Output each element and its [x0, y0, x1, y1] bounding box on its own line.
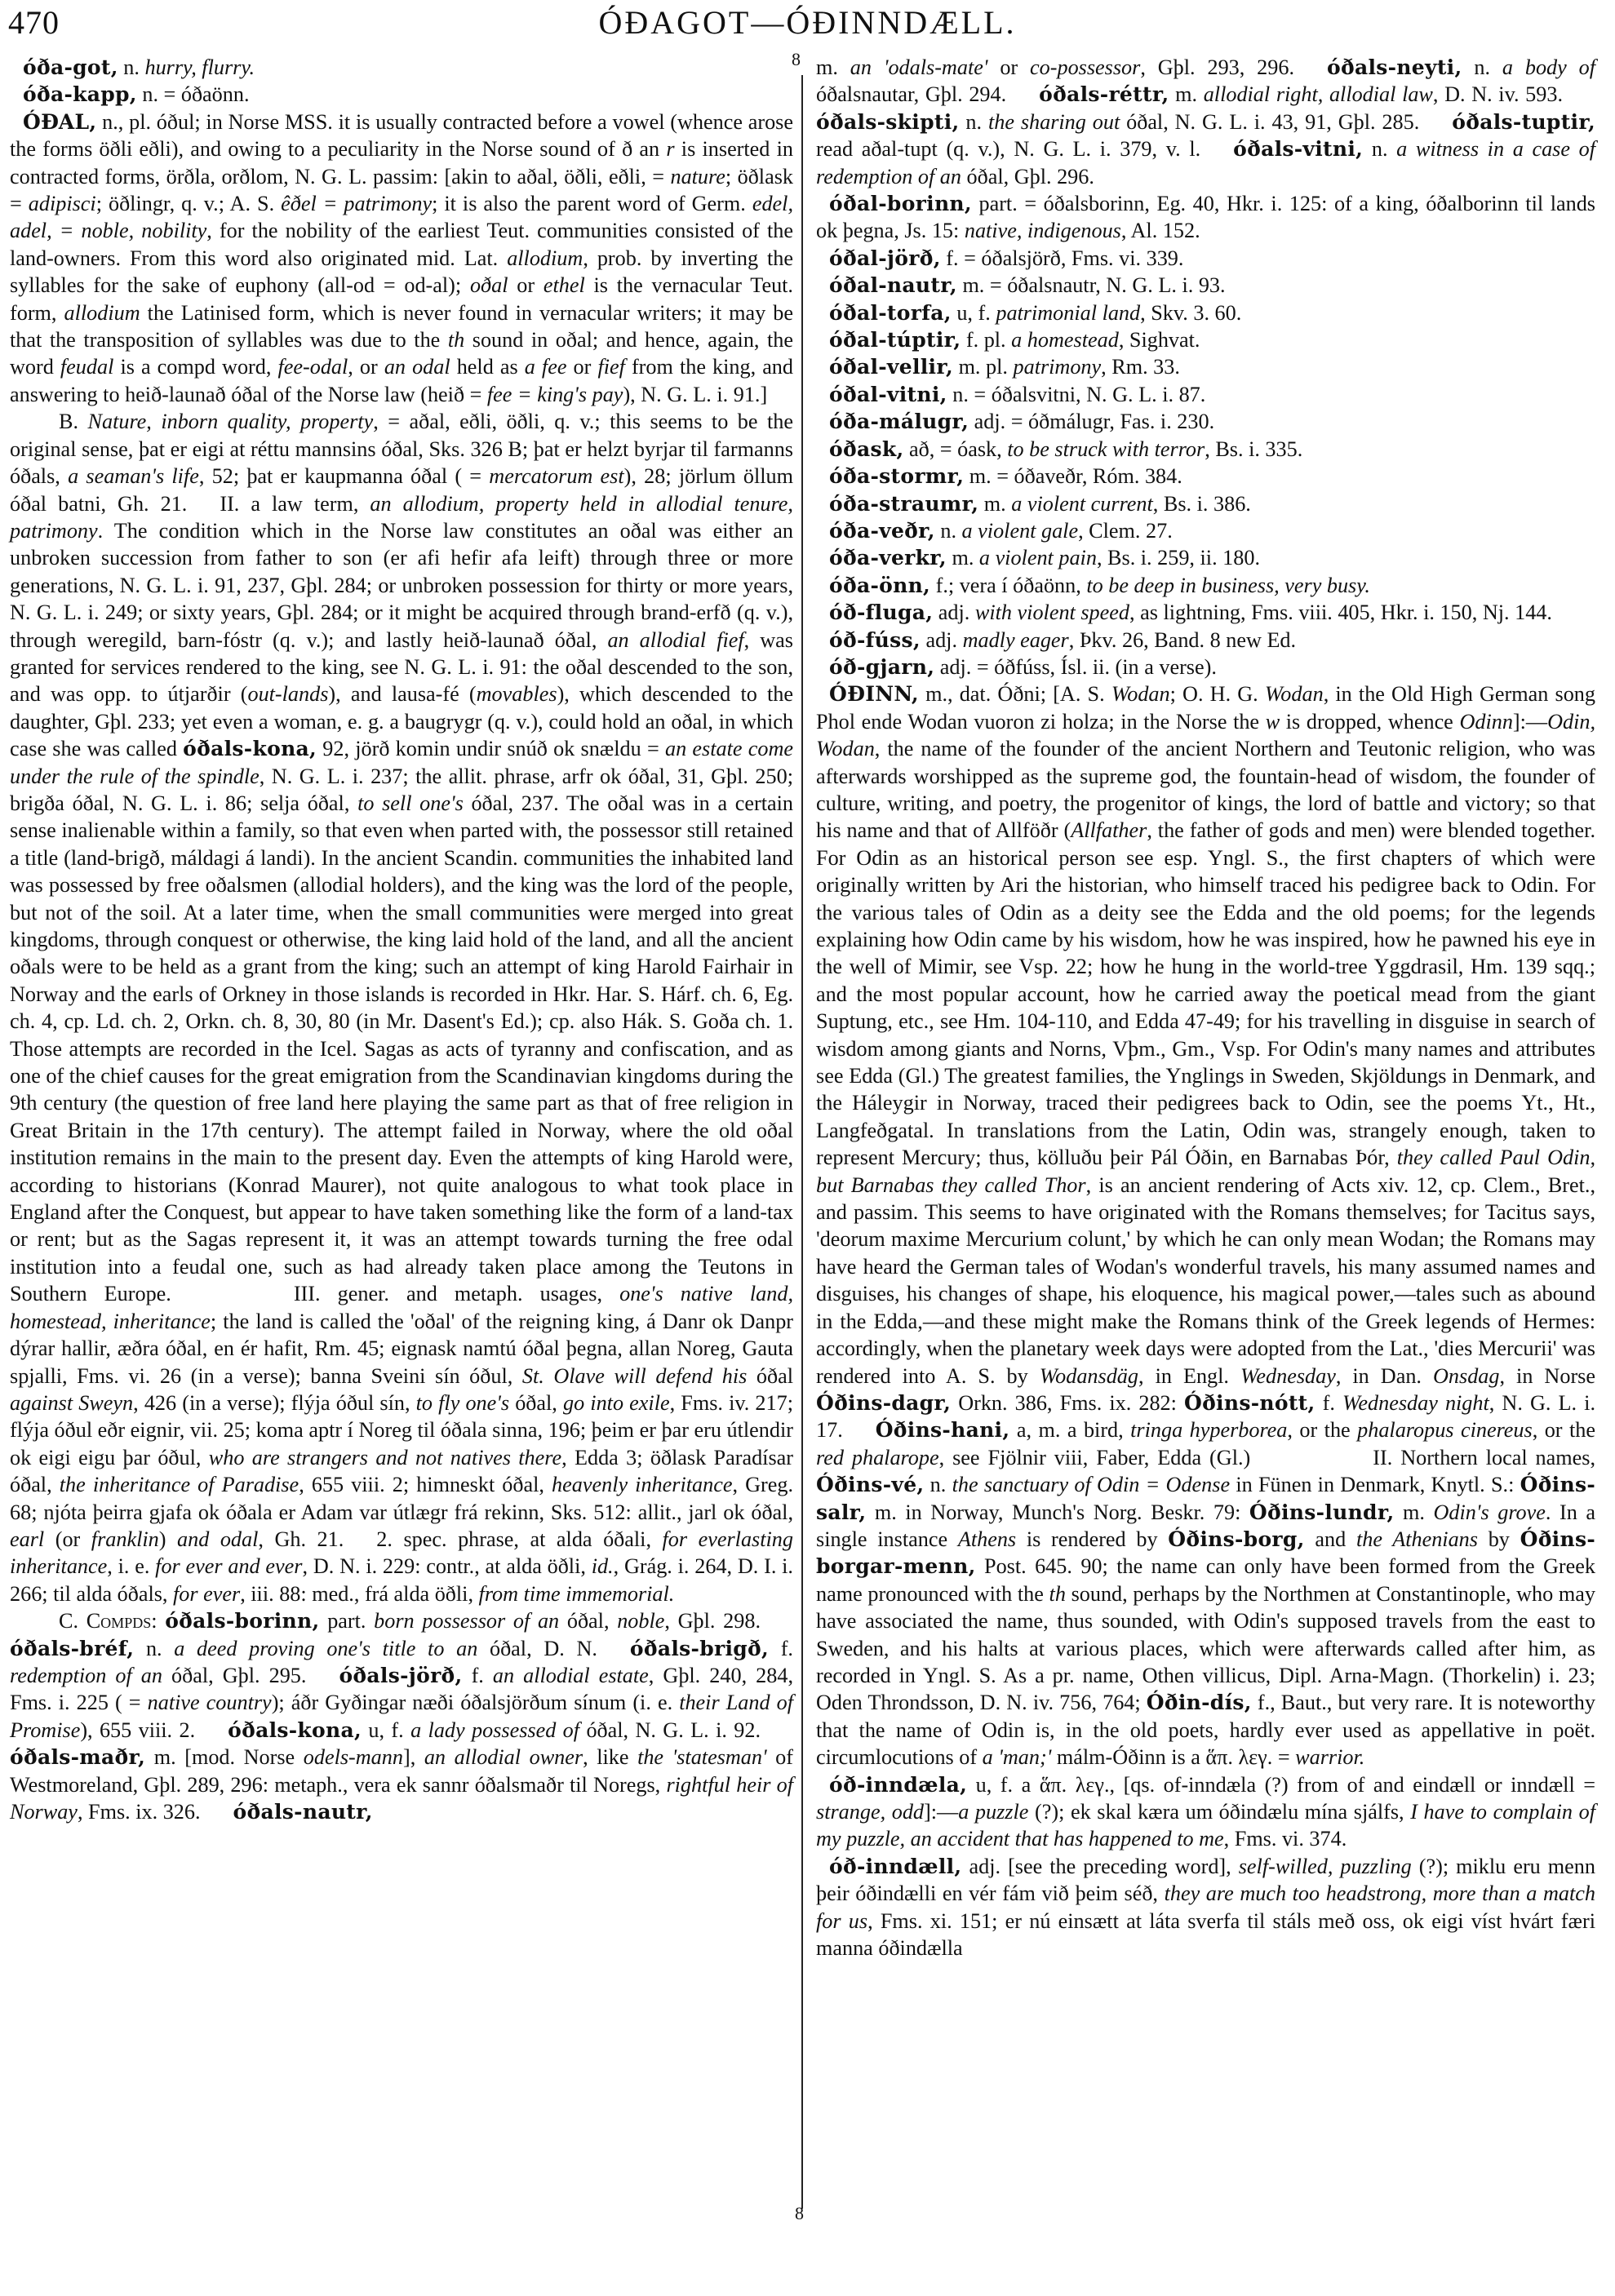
dictionary-entry: óð-inndæll, adj. [see the preceding word… [816, 1853, 1595, 1962]
dictionary-entry: m. an 'odals-mate' or co-possessor, Gþl.… [816, 54, 1595, 190]
headword: Óðins-lundr, [1249, 1500, 1395, 1524]
text: óðal, 237. The oðal was in a certain sen… [10, 791, 793, 1305]
gloss-italic: to be struck with terror [1007, 437, 1205, 461]
headword: óðals-jörð, [339, 1664, 462, 1687]
text: is rendered by [1016, 1527, 1168, 1551]
text: u, f. [952, 301, 996, 325]
gloss-italic: id. [592, 1554, 614, 1578]
headword: óða-kapp, [23, 82, 137, 106]
text: adj. [921, 628, 963, 652]
text: n. = óðalsvitni, N. G. L. i. 87. [947, 383, 1206, 406]
gloss-italic: th [1049, 1582, 1066, 1606]
gloss-italic: to be deep in business, very busy. [1086, 574, 1370, 597]
text: ), 655 viii. 2. [80, 1718, 195, 1742]
dictionary-entry: óðask, að, = óask, to be struck with ter… [816, 436, 1595, 463]
gloss-italic: r [666, 137, 674, 161]
dictionary-entry: óð-fluga, adj. with violent speed, as li… [816, 599, 1595, 626]
headword: óð-inndæla, [829, 1773, 967, 1797]
dictionary-entry: óða-málugr, adj. = óðmálugr, Fas. i. 230… [816, 408, 1595, 435]
dictionary-entry: óða-straumr, m. a violent current, Bs. i… [816, 490, 1595, 517]
gloss-italic: a violent pain [979, 546, 1097, 570]
small-caps: Compds [87, 1609, 152, 1633]
headword: óðals-tuptir, [1452, 110, 1595, 134]
text: , or the [1287, 1418, 1357, 1442]
text: óðal, [509, 1391, 563, 1415]
text: ; it is also the parent word of Germ. [432, 192, 752, 215]
gloss-italic: Wednesday [1240, 1364, 1336, 1388]
text: ) [159, 1527, 177, 1551]
text: , D. N. iv. 593. [1433, 82, 1563, 106]
text: að, = óask, [903, 437, 1007, 461]
gloss-italic: a deed proving one's title to an [174, 1637, 477, 1660]
gloss-italic: and odal [177, 1527, 258, 1551]
dictionary-entry: óð-gjarn, adj. = óðfúss, Ísl. ii. (in a … [816, 654, 1595, 680]
headword: óðal-jörð, [829, 246, 941, 270]
text: , 52; þat er kaupmanna óðal ( = [199, 464, 489, 488]
gloss-italic: Wodansdäg [1040, 1364, 1138, 1388]
running-head: ÓÐAGOT—ÓÐINNDÆLL. [0, 3, 1615, 42]
text: , Al. 152. [1121, 219, 1200, 242]
text: adj. = óðmálugr, Fas. i. 230. [969, 410, 1214, 433]
headword: óðal-nautr, [829, 273, 957, 297]
headword: óðals-kona, [183, 737, 317, 760]
gloss-italic: warrior. [1295, 1745, 1364, 1769]
text: , Bs. i. 335. [1205, 437, 1302, 461]
text: f. [463, 1664, 493, 1687]
text: óðal, D. N. [477, 1637, 597, 1660]
headword: óðals-borinn, [165, 1609, 319, 1633]
text: m. = óðaveðr, Róm. 384. [964, 464, 1182, 488]
headword: óðal-vitni, [829, 383, 947, 406]
headword: Óðins-hani, [876, 1418, 1010, 1442]
text: adj. [933, 601, 975, 624]
text: Orkn. 386, Fms. ix. 282: [951, 1391, 1184, 1415]
gloss-italic: madly eager [963, 628, 1069, 652]
text: ); áðr Gyðingar næði óðalsjörðum sínum (… [272, 1691, 680, 1714]
text: f. [769, 1637, 793, 1660]
gloss-italic: out-lands [247, 682, 328, 706]
gloss-italic: from time immemorial. [479, 1582, 675, 1606]
headword: óðal-túptir, [829, 328, 961, 352]
text: n. [924, 1473, 952, 1496]
gloss-italic: heavenly inheritance [552, 1473, 732, 1496]
gloss-italic: Onsdag [1433, 1364, 1499, 1388]
dictionary-entry: óðal-nautr, m. = óðalsnautr, N. G. L. i.… [816, 272, 1595, 299]
text: , iii. 88: med., frá alda öðli, [240, 1582, 478, 1606]
headword: óða-got, [23, 55, 118, 79]
text: a, m. a bird, [1009, 1418, 1130, 1442]
gloss-italic: a lady possessed of [410, 1718, 579, 1742]
gloss-italic: noble [617, 1609, 664, 1633]
text: , Fms. ix. 326. [78, 1800, 201, 1824]
text: m. [947, 546, 979, 570]
text: , in Norse [1499, 1364, 1595, 1388]
text: m. [816, 55, 850, 79]
headword: Óðins-dagr, [816, 1391, 951, 1415]
headword: óðal-torfa, [829, 301, 952, 325]
text: B. [59, 410, 88, 433]
headword: Óðins-vé, [816, 1473, 924, 1496]
gloss-italic: Wodan [1265, 682, 1324, 706]
gloss-italic: a seaman's life [68, 464, 199, 488]
text: n. [960, 110, 988, 134]
text: m. pl. [953, 355, 1013, 379]
gloss-italic: allodium [507, 246, 583, 270]
text: (?); ek skal kæra um óðindælu mína sjálf… [1028, 1800, 1410, 1824]
text: , Clem. 27. [1078, 519, 1173, 543]
gloss-italic: Wodan [1111, 682, 1170, 706]
text: , Fms. vi. 374. [1224, 1827, 1347, 1851]
text: óðal, N. G. L. i. 43, 91, Gþl. 285. [1120, 110, 1419, 134]
gloss-italic: for ever and ever [155, 1554, 302, 1578]
headword: óðals-nautr, [233, 1800, 373, 1824]
headword: óð-gjarn, [829, 655, 934, 679]
gloss-italic: phalaropus cinereus [1357, 1418, 1533, 1442]
gloss-italic: movables [477, 682, 557, 706]
text: málm-Óðinn is a ἅπ. λεγ. = [1051, 1745, 1295, 1769]
gloss-italic: an odal [384, 355, 450, 379]
text: óðal [747, 1364, 793, 1388]
headword: óða-málugr, [829, 410, 969, 433]
headword: óðals-bréf, [10, 1637, 134, 1660]
gloss-italic: a puzzle [958, 1800, 1028, 1824]
dictionary-entry: óða-kapp, n. = óðaönn. [10, 81, 793, 108]
text: , Bs. i. 259, ii. 180. [1097, 546, 1260, 570]
text: , 655 viii. 2; himneskt óðal, [299, 1473, 552, 1496]
gloss-italic: êðel = patrimony [281, 192, 432, 215]
text: is dropped, whence [1280, 710, 1459, 734]
text: , in Dan. [1336, 1364, 1433, 1388]
text: or [566, 355, 597, 379]
headword: óð-inndæll, [829, 1855, 961, 1878]
gloss-italic: co-possessor [1030, 55, 1140, 79]
gloss-italic: redemption of an [10, 1664, 162, 1687]
gloss-italic: the sanctuary of Odin = Odense [952, 1473, 1231, 1496]
text: is a compd word, [113, 355, 277, 379]
dictionary-entry: ÓÐINN, m., dat. Óðni; [A. S. Wodan; O. H… [816, 680, 1595, 1771]
headword: óðals-vitni, [1233, 137, 1363, 161]
text: n. [1462, 55, 1502, 79]
text: part. [319, 1609, 374, 1633]
column-rule [801, 75, 803, 2209]
text: f. = óðalsjörð, Fms. vi. 339. [941, 246, 1184, 270]
headword: óð-fúss, [829, 628, 921, 652]
headword: óðals-neyti, [1327, 55, 1462, 79]
gloss-italic: an allodial fief [607, 628, 743, 652]
text: , or [348, 355, 384, 379]
headword: óðal-vellir, [829, 355, 953, 379]
gloss-italic: the sharing out [988, 110, 1120, 134]
gloss-italic: Wednesday night [1342, 1391, 1489, 1415]
gloss-italic: a fee [525, 355, 567, 379]
gloss-italic: tringa hyperborea [1130, 1418, 1287, 1442]
headword: ÓÐINN, [829, 682, 919, 706]
dictionary-entry: óðal-jörð, f. = óðalsjörð, Fms. vi. 339. [816, 245, 1595, 272]
headword: óð-fluga, [829, 601, 933, 624]
text: , Rm. 33. [1101, 355, 1180, 379]
gloss-italic: mercatorum est [489, 464, 623, 488]
gloss-italic: against Sweyn [10, 1391, 133, 1415]
gloss-italic: go into exile [563, 1391, 670, 1415]
dictionary-entry: óða-önn, f.; vera í óðaönn, to be deep i… [816, 572, 1595, 599]
dictionary-entry: óðal-torfa, u, f. patrimonial land, Skv.… [816, 299, 1595, 326]
gloss-italic: Odinn [1459, 710, 1512, 734]
gloss-italic: St. Olave will defend his [522, 1364, 747, 1388]
text: óðalsnautar, Gþl. 294. [816, 82, 1006, 106]
text: ]:— [1513, 710, 1547, 734]
headword: óðal-borinn, [829, 192, 972, 215]
text: n. [118, 55, 145, 79]
gloss-italic: allodial right, allodial law [1204, 82, 1433, 106]
gloss-italic: to sell one's [357, 791, 464, 815]
headword: ÓÐAL, [23, 110, 96, 134]
gloss-italic: with violent speed [975, 601, 1129, 624]
gloss-italic: who are strangers and not natives there [209, 1446, 561, 1469]
text: by [1478, 1527, 1520, 1551]
gloss-italic: the 'statesman' [637, 1745, 767, 1769]
gloss-italic: an allodial owner [424, 1745, 583, 1769]
text: adj. [see the preceding word], [961, 1855, 1238, 1878]
gloss-italic: feudal [60, 355, 113, 379]
headword: Óðins-borg, [1168, 1527, 1304, 1551]
text: , Gþl. 293, 296. [1140, 55, 1294, 79]
dictionary-entry: óða-stormr, m. = óðaveðr, Róm. 384. [816, 463, 1595, 490]
text: u, f. [362, 1718, 410, 1742]
right-column: m. an 'odals-mate' or co-possessor, Gþl.… [816, 54, 1595, 1961]
text: (or [44, 1527, 91, 1551]
text: m. [1169, 82, 1203, 106]
text: adj. = óðfúss, Ísl. ii. (in a verse). [934, 655, 1217, 679]
gloss-italic: strange, odd [816, 1800, 924, 1824]
text: II. Northern local names, [1373, 1446, 1595, 1469]
gloss-italic: born possessor of an [374, 1609, 559, 1633]
gloss-italic: nature [670, 165, 725, 188]
text: III. gener. and metaph. usages, [294, 1282, 619, 1305]
text: held as [450, 355, 525, 379]
text: , Fms. xi. 151; er nú einsætt at láta sv… [816, 1909, 1595, 1960]
text: óðal, [559, 1609, 617, 1633]
gloss-italic: Athens [958, 1527, 1016, 1551]
text: , in Engl. [1138, 1364, 1240, 1388]
gloss-italic: fief [597, 355, 624, 379]
text: m. in Norway, Munch's Norg. Beskr. 79: [866, 1500, 1249, 1524]
headword: óðals-kona, [228, 1718, 362, 1742]
gloss-italic: a 'man;' [983, 1745, 1052, 1769]
text: 2. spec. phrase, at alda óðali, [376, 1527, 662, 1551]
text: , i. e. [107, 1554, 155, 1578]
text: , the father of gods and men) were blend… [816, 818, 1595, 1169]
text: ), N. G. L. i. 91.] [623, 383, 767, 406]
gloss-italic: fee = king's pay [487, 383, 623, 406]
dictionary-entry: óðal-vitni, n. = óðalsvitni, N. G. L. i.… [816, 381, 1595, 408]
headword: óðask, [829, 437, 903, 461]
dictionary-entry: C. Compds: óðals-borinn, part. born poss… [10, 1607, 793, 1825]
text: n. [134, 1637, 174, 1660]
text: , Þkv. 26, Band. 8 new Ed. [1069, 628, 1296, 652]
text: n. [935, 519, 962, 543]
dictionary-entry: óðal-túptir, f. pl. a homestead, Sighvat… [816, 326, 1595, 353]
page-header: 470 ÓÐAGOT—ÓÐINNDÆLL. [0, 0, 1615, 49]
text: II. a law term, [220, 492, 370, 516]
text: óðal, N. G. L. i. 92. [579, 1718, 761, 1742]
gloss-italic: a violent gale [962, 519, 1079, 543]
text: u, f. a ἅπ. λεγ., [qs. of-inndæla (?) fr… [967, 1773, 1595, 1797]
text: , see Fjölnir viii, Faber, Edda (Gl.) [939, 1446, 1251, 1469]
text: n. [1363, 137, 1396, 161]
headword: óða-önn, [829, 574, 930, 597]
headword: óðals-brigð, [630, 1637, 769, 1660]
headword: óðals-skipti, [816, 110, 960, 134]
text: and [1305, 1527, 1356, 1551]
text: m. = óðalsnautr, N. G. L. i. 93. [957, 273, 1226, 297]
dictionary-entry: óða-got, n. hurry, flurry. [10, 54, 793, 81]
gloss-italic: a violent current [1011, 492, 1153, 516]
gloss-italic: hurry, flurry. [144, 55, 255, 79]
gloss-italic: w [1266, 710, 1280, 734]
gloss-italic: a homestead [1011, 328, 1119, 352]
gloss-italic: Odin's grove [1434, 1500, 1546, 1524]
text: , Bs. i. 386. [1153, 492, 1251, 516]
text: f. [1316, 1391, 1342, 1415]
gloss-italic: the Athenians [1356, 1527, 1478, 1551]
gloss-italic: a body of [1502, 55, 1595, 79]
gloss-italic: allodium [64, 301, 140, 325]
text: f.; vera í óðaönn, [930, 574, 1086, 597]
gloss-italic: an 'odals-mate' [850, 55, 988, 79]
text: f. pl. [961, 328, 1011, 352]
headword: Óðin-dís, [1147, 1691, 1252, 1714]
gloss-italic: for ever [173, 1582, 240, 1606]
text: ; öðlingr, q. v.; A. S. [96, 192, 281, 215]
dictionary-entry: óða-veðr, n. a violent gale, Clem. 27. [816, 517, 1595, 544]
gloss-italic: patrimonial land [996, 301, 1140, 325]
text: ; O. H. G. [1170, 682, 1265, 706]
text: , as lightning, Fms. viii. 405, Hkr. i. … [1129, 601, 1552, 624]
gloss-italic: Allfather [1071, 818, 1147, 842]
text: ), and lausa-fé ( [328, 682, 476, 706]
gloss-italic: patrimony [1014, 355, 1102, 379]
text: in Fünen in Denmark, Knytl. S.: [1230, 1473, 1520, 1496]
text: ]:— [924, 1800, 958, 1824]
dictionary-entry: óða-verkr, m. a violent pain, Bs. i. 259… [816, 544, 1595, 571]
gloss-italic: adipisci [29, 192, 96, 215]
dictionary-entry: óðal-borinn, part. = óðalsborinn, Eg. 40… [816, 190, 1595, 245]
text: or [987, 55, 1030, 79]
text: , like [583, 1745, 637, 1769]
gloss-italic: the inheritance of Paradise [60, 1473, 299, 1496]
text: m. [978, 492, 1011, 516]
text: óðal, Gþl. 296. [961, 165, 1094, 188]
text: m., dat. Óðni; [A. S. [919, 682, 1111, 706]
gloss-italic: oðal [470, 273, 508, 297]
gloss-italic: earl [10, 1527, 44, 1551]
dictionary-entry: óðal-vellir, m. pl. patrimony, Rm. 33. [816, 353, 1595, 380]
text: , is an ancient rendering of Acts xiv. 1… [816, 1173, 1595, 1388]
gloss-italic: native, indigenous [965, 219, 1121, 242]
left-column: óða-got, n. hurry, flurry.óða-kapp, n. =… [10, 54, 793, 1825]
gloss-italic: odels-mann [304, 1745, 403, 1769]
text: m. [1394, 1500, 1433, 1524]
headword: Óðins-nótt, [1184, 1391, 1316, 1415]
text: read aðal-tupt (q. v.), N. G. L. i. 379,… [816, 137, 1200, 161]
gloss-italic: red phalarope [816, 1446, 939, 1469]
text: C. [59, 1609, 87, 1633]
gloss-italic: franklin [91, 1527, 159, 1551]
gloss-italic: Nature, inborn quality, property [88, 410, 374, 433]
text: , Sighvat. [1119, 328, 1200, 352]
text: or [508, 273, 544, 297]
headword: óðals-maðr, [10, 1745, 145, 1769]
text: m. [mod. Norse [145, 1745, 304, 1769]
gloss-italic: to fly one's [416, 1391, 509, 1415]
headword: óða-straumr, [829, 492, 978, 516]
headword: óða-veðr, [829, 519, 935, 543]
text: 92, jörð komin undir snúð ok snældu = [317, 737, 665, 760]
dictionary-entry: óð-fúss, adj. madly eager, Þkv. 26, Band… [816, 627, 1595, 654]
headword: óðals-réttr, [1039, 82, 1169, 106]
text: óðal, Gþl. 295. [162, 1664, 306, 1687]
text: n. = óðaönn. [137, 82, 250, 106]
gloss-italic: fee-odal [277, 355, 348, 379]
text: , Gþl. 298. [664, 1609, 761, 1633]
gloss-italic: native country [148, 1691, 272, 1714]
gloss-italic: an allodial estate [493, 1664, 649, 1687]
text: , Gh. 21. [258, 1527, 344, 1551]
text: , D. N. i. 229: contr., at alda öðli, [303, 1554, 592, 1578]
gloss-italic: ethel [544, 273, 585, 297]
text: , Skv. 3. 60. [1140, 301, 1241, 325]
gloss-italic: th [448, 328, 464, 352]
headword: óða-verkr, [829, 546, 947, 570]
dictionary-entry: óð-inndæla, u, f. a ἅπ. λεγ., [qs. of-in… [816, 1771, 1595, 1853]
dictionary-entry: ÓÐAL, n., pl. óðul; in Norse MSS. it is … [10, 109, 793, 408]
text: , or the [1533, 1418, 1595, 1442]
text: ], [403, 1745, 424, 1769]
headword: óða-stormr, [829, 464, 964, 488]
gloss-italic: self-willed, puzzling [1239, 1855, 1412, 1878]
dictionary-entry: B. Nature, inborn quality, property, = a… [10, 408, 793, 1607]
column-rule-ornament-bottom: 8 [795, 2203, 804, 2224]
text: : [151, 1609, 165, 1633]
text: , 426 (in a verse); flýja óðul sín, [133, 1391, 416, 1415]
